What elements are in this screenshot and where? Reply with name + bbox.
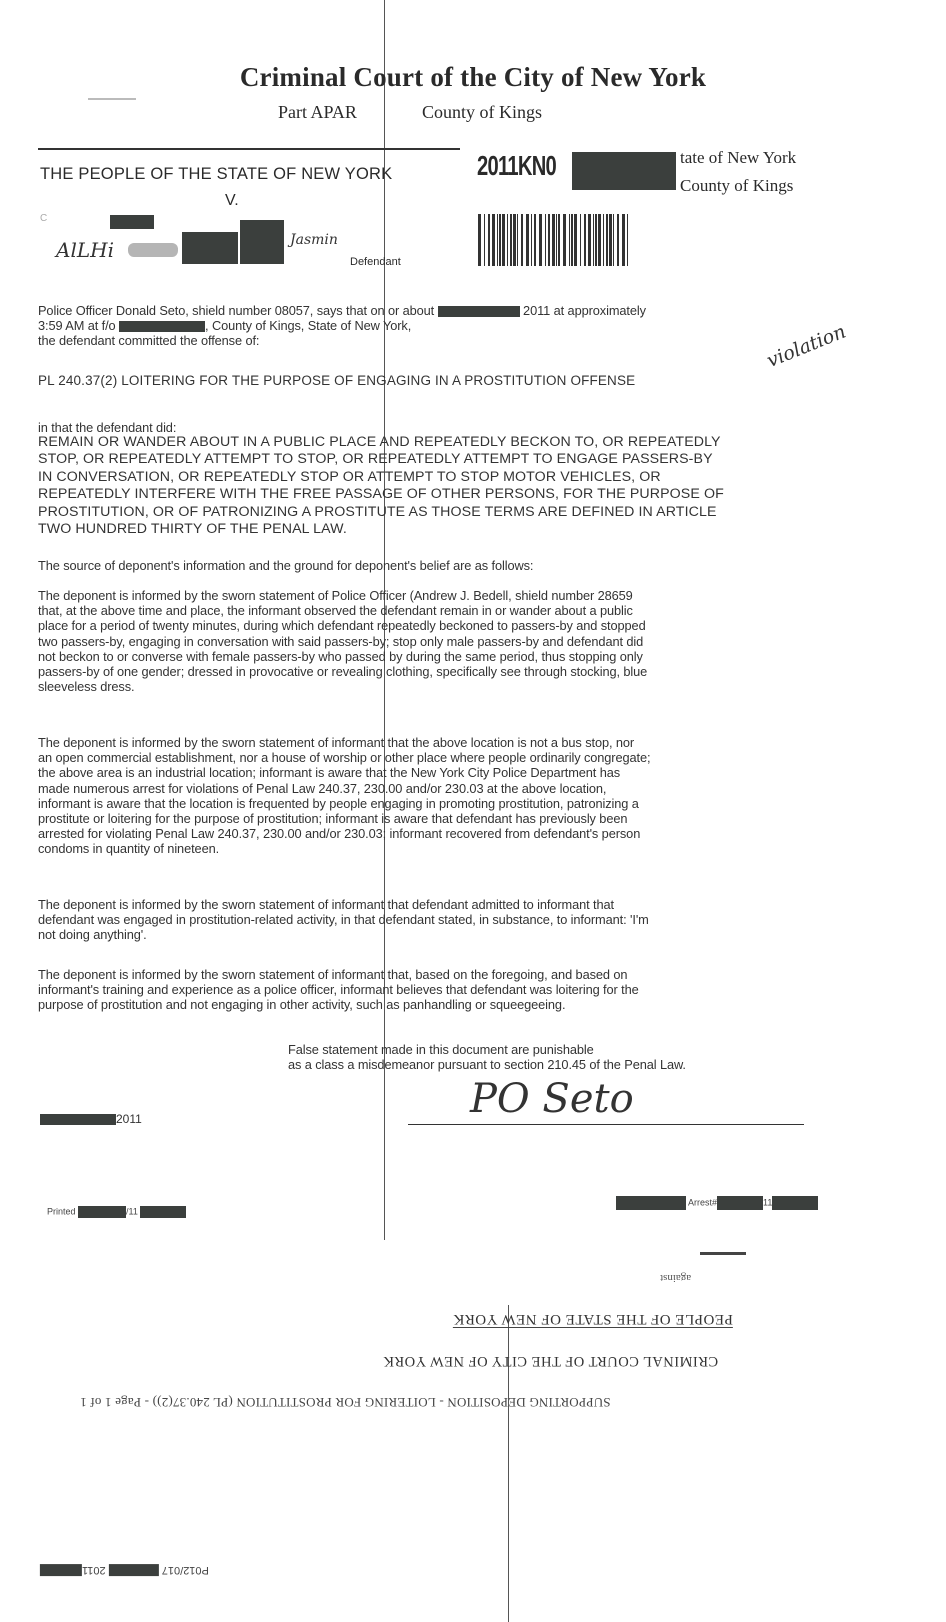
- paragraph-location: The deponent is informed by the sworn st…: [38, 735, 650, 857]
- paragraph-line: The deponent is informed by the sworn st…: [38, 897, 649, 912]
- paragraph-line: informant's training and experience as a…: [38, 982, 639, 997]
- printed-label: Printed: [47, 1206, 76, 1216]
- printed-mid: /11: [126, 1206, 138, 1216]
- charge-line: PL 240.37(2) LOITERING FOR THE PURPOSE O…: [38, 373, 635, 388]
- paragraph-line: purpose of prostitution and not engaging…: [38, 997, 639, 1012]
- statute-line: PROSTITUTION, OR OF PATRONIZING A PROSTI…: [38, 504, 724, 521]
- arrest-label: Arrest#: [688, 1197, 717, 1207]
- signature-date-year: 2011: [116, 1112, 142, 1126]
- intro-text-2b: , County of Kings, State of New York,: [205, 318, 411, 333]
- back-deposition-title: SUPPORTING DEPOSITION - LOITERING FOR PR…: [80, 1394, 611, 1410]
- in-that-line: in that the defendant did:: [38, 420, 176, 435]
- back-form-code: P012/017: [162, 1564, 209, 1576]
- paragraph-line: The deponent is informed by the sworn st…: [38, 967, 639, 982]
- back-footer: P012/017 2011: [40, 1564, 209, 1576]
- false-statement-notice: False statement made in this document ar…: [288, 1042, 686, 1072]
- date-redaction: [438, 306, 520, 317]
- defendant-name-redaction-2: [240, 220, 284, 264]
- court-county: County of Kings: [422, 102, 542, 123]
- paragraph-admission: The deponent is informed by the sworn st…: [38, 897, 649, 943]
- location-redaction: [119, 321, 205, 332]
- defendant-signature-left: AlLHi: [56, 238, 114, 262]
- paragraph-line: not doing anything'.: [38, 927, 649, 942]
- defendant-name-redaction-1: [182, 232, 238, 264]
- intro-text-2a: 3:59 AM at f/o: [38, 318, 116, 333]
- statute-line: TWO HUNDRED THIRTY OF THE PENAL LAW.: [38, 521, 724, 538]
- caption-rule: [38, 148, 460, 150]
- statute-text: REMAIN OR WANDER ABOUT IN A PUBLIC PLACE…: [38, 434, 724, 538]
- notice-line: False statement made in this document ar…: [288, 1042, 686, 1057]
- back-year: 2011: [82, 1564, 106, 1576]
- paragraph-line: informant is aware that the location is …: [38, 796, 650, 811]
- statute-line: STOP, OR REPEATEDLY ATTEMPT TO STOP, OR …: [38, 451, 724, 468]
- notice-line: as a class a misdemeanor pursuant to sec…: [288, 1057, 686, 1072]
- printed-info: Printed /11: [47, 1206, 186, 1218]
- paragraph-line: not beckon to or converse with female pa…: [38, 649, 647, 664]
- signature-smudge: [128, 243, 178, 257]
- caption-county: County of Kings: [680, 176, 793, 196]
- paragraph-line: passers-by of one gender; dressed in pro…: [38, 664, 647, 679]
- intro-line-2: 3:59 AM at f/o , County of Kings, State …: [38, 318, 411, 333]
- paragraph-belief: The deponent is informed by the sworn st…: [38, 967, 639, 1013]
- signature-line: [408, 1124, 804, 1125]
- back-court: CRIMINAL COURT OF THE CITY OF NEW YORK: [383, 1352, 718, 1369]
- statute-line: REPEATEDLY INTERFERE WITH THE FREE PASSA…: [38, 486, 724, 503]
- paragraph-line: condoms in quantity of nineteen.: [38, 841, 650, 856]
- scan-mark: [88, 98, 136, 100]
- paragraph-line: The deponent is informed by the sworn st…: [38, 735, 650, 750]
- paragraph-line: that, at the above time and place, the i…: [38, 603, 647, 618]
- paragraph-observation: The deponent is informed by the sworn st…: [38, 588, 647, 694]
- arrest-mid: 11: [763, 1197, 772, 1207]
- signature-date: 2011: [40, 1112, 142, 1126]
- intro-line-3: the defendant committed the offense of:: [38, 333, 259, 348]
- paragraph-line: an open commercial establishment, nor a …: [38, 750, 650, 765]
- paragraph-line: made numerous arrest for violations of P…: [38, 781, 650, 796]
- defendant-signature-right: Jasmin: [290, 232, 338, 248]
- arrest-redaction-2: [717, 1196, 763, 1210]
- printed-redaction-1: [78, 1206, 126, 1218]
- caption-state: tate of New York: [680, 148, 796, 168]
- paragraph-line: two passers-by, engaging in conversation…: [38, 634, 647, 649]
- arrest-info: Arrest#11: [616, 1196, 818, 1210]
- back-redaction-1: [109, 1564, 159, 1576]
- intro-line-1: Police Officer Donald Seto, shield numbe…: [38, 303, 646, 318]
- intro-text-1a: Police Officer Donald Seto, shield numbe…: [38, 303, 434, 318]
- signature-date-redaction: [40, 1114, 116, 1125]
- paragraph-line: The deponent is informed by the sworn st…: [38, 588, 647, 603]
- docket-number: 2011KN0: [477, 150, 556, 182]
- back-people: PEOPLE OF THE STATE OF NEW YORK: [453, 1310, 733, 1328]
- cc-faded-label: C: [40, 213, 47, 224]
- paragraph-line: prostitute or loitering for the purpose …: [38, 811, 650, 826]
- paragraph-line: the above area is an industrial location…: [38, 765, 650, 780]
- charge-annotation: violation: [764, 320, 849, 372]
- back-against: against: [660, 1272, 691, 1284]
- source-line: The source of deponent's information and…: [38, 558, 533, 573]
- printed-redaction-2: [140, 1206, 186, 1218]
- arrest-redaction-1: [616, 1196, 686, 1210]
- barcode: [478, 214, 631, 266]
- back-redaction-2: [40, 1564, 82, 1576]
- paragraph-line: sleeveless dress.: [38, 679, 647, 694]
- court-part: Part APAR: [278, 102, 357, 123]
- defendant-label: Defendant: [350, 256, 401, 268]
- caption-versus: V.: [225, 192, 239, 210]
- paragraph-line: place for a period of twenty minutes, du…: [38, 618, 647, 633]
- intro-text-1b: 2011 at approximately: [523, 303, 646, 318]
- caption-people: THE PEOPLE OF THE STATE OF NEW YORK: [40, 165, 392, 184]
- docket-redaction: [572, 152, 676, 190]
- officer-signature: PO Seto: [470, 1076, 634, 1122]
- back-mark: [700, 1252, 746, 1255]
- statute-line: REMAIN OR WANDER ABOUT IN A PUBLIC PLACE…: [38, 434, 724, 451]
- statute-line: IN CONVERSATION, OR REPEATEDLY STOP OR A…: [38, 469, 724, 486]
- defendant-id-redaction: [110, 215, 154, 229]
- court-title: Criminal Court of the City of New York: [0, 62, 946, 93]
- paragraph-line: defendant was engaged in prostitution-re…: [38, 912, 649, 927]
- paragraph-line: arrested for violating Penal Law 240.37,…: [38, 826, 650, 841]
- arrest-redaction-3: [772, 1196, 818, 1210]
